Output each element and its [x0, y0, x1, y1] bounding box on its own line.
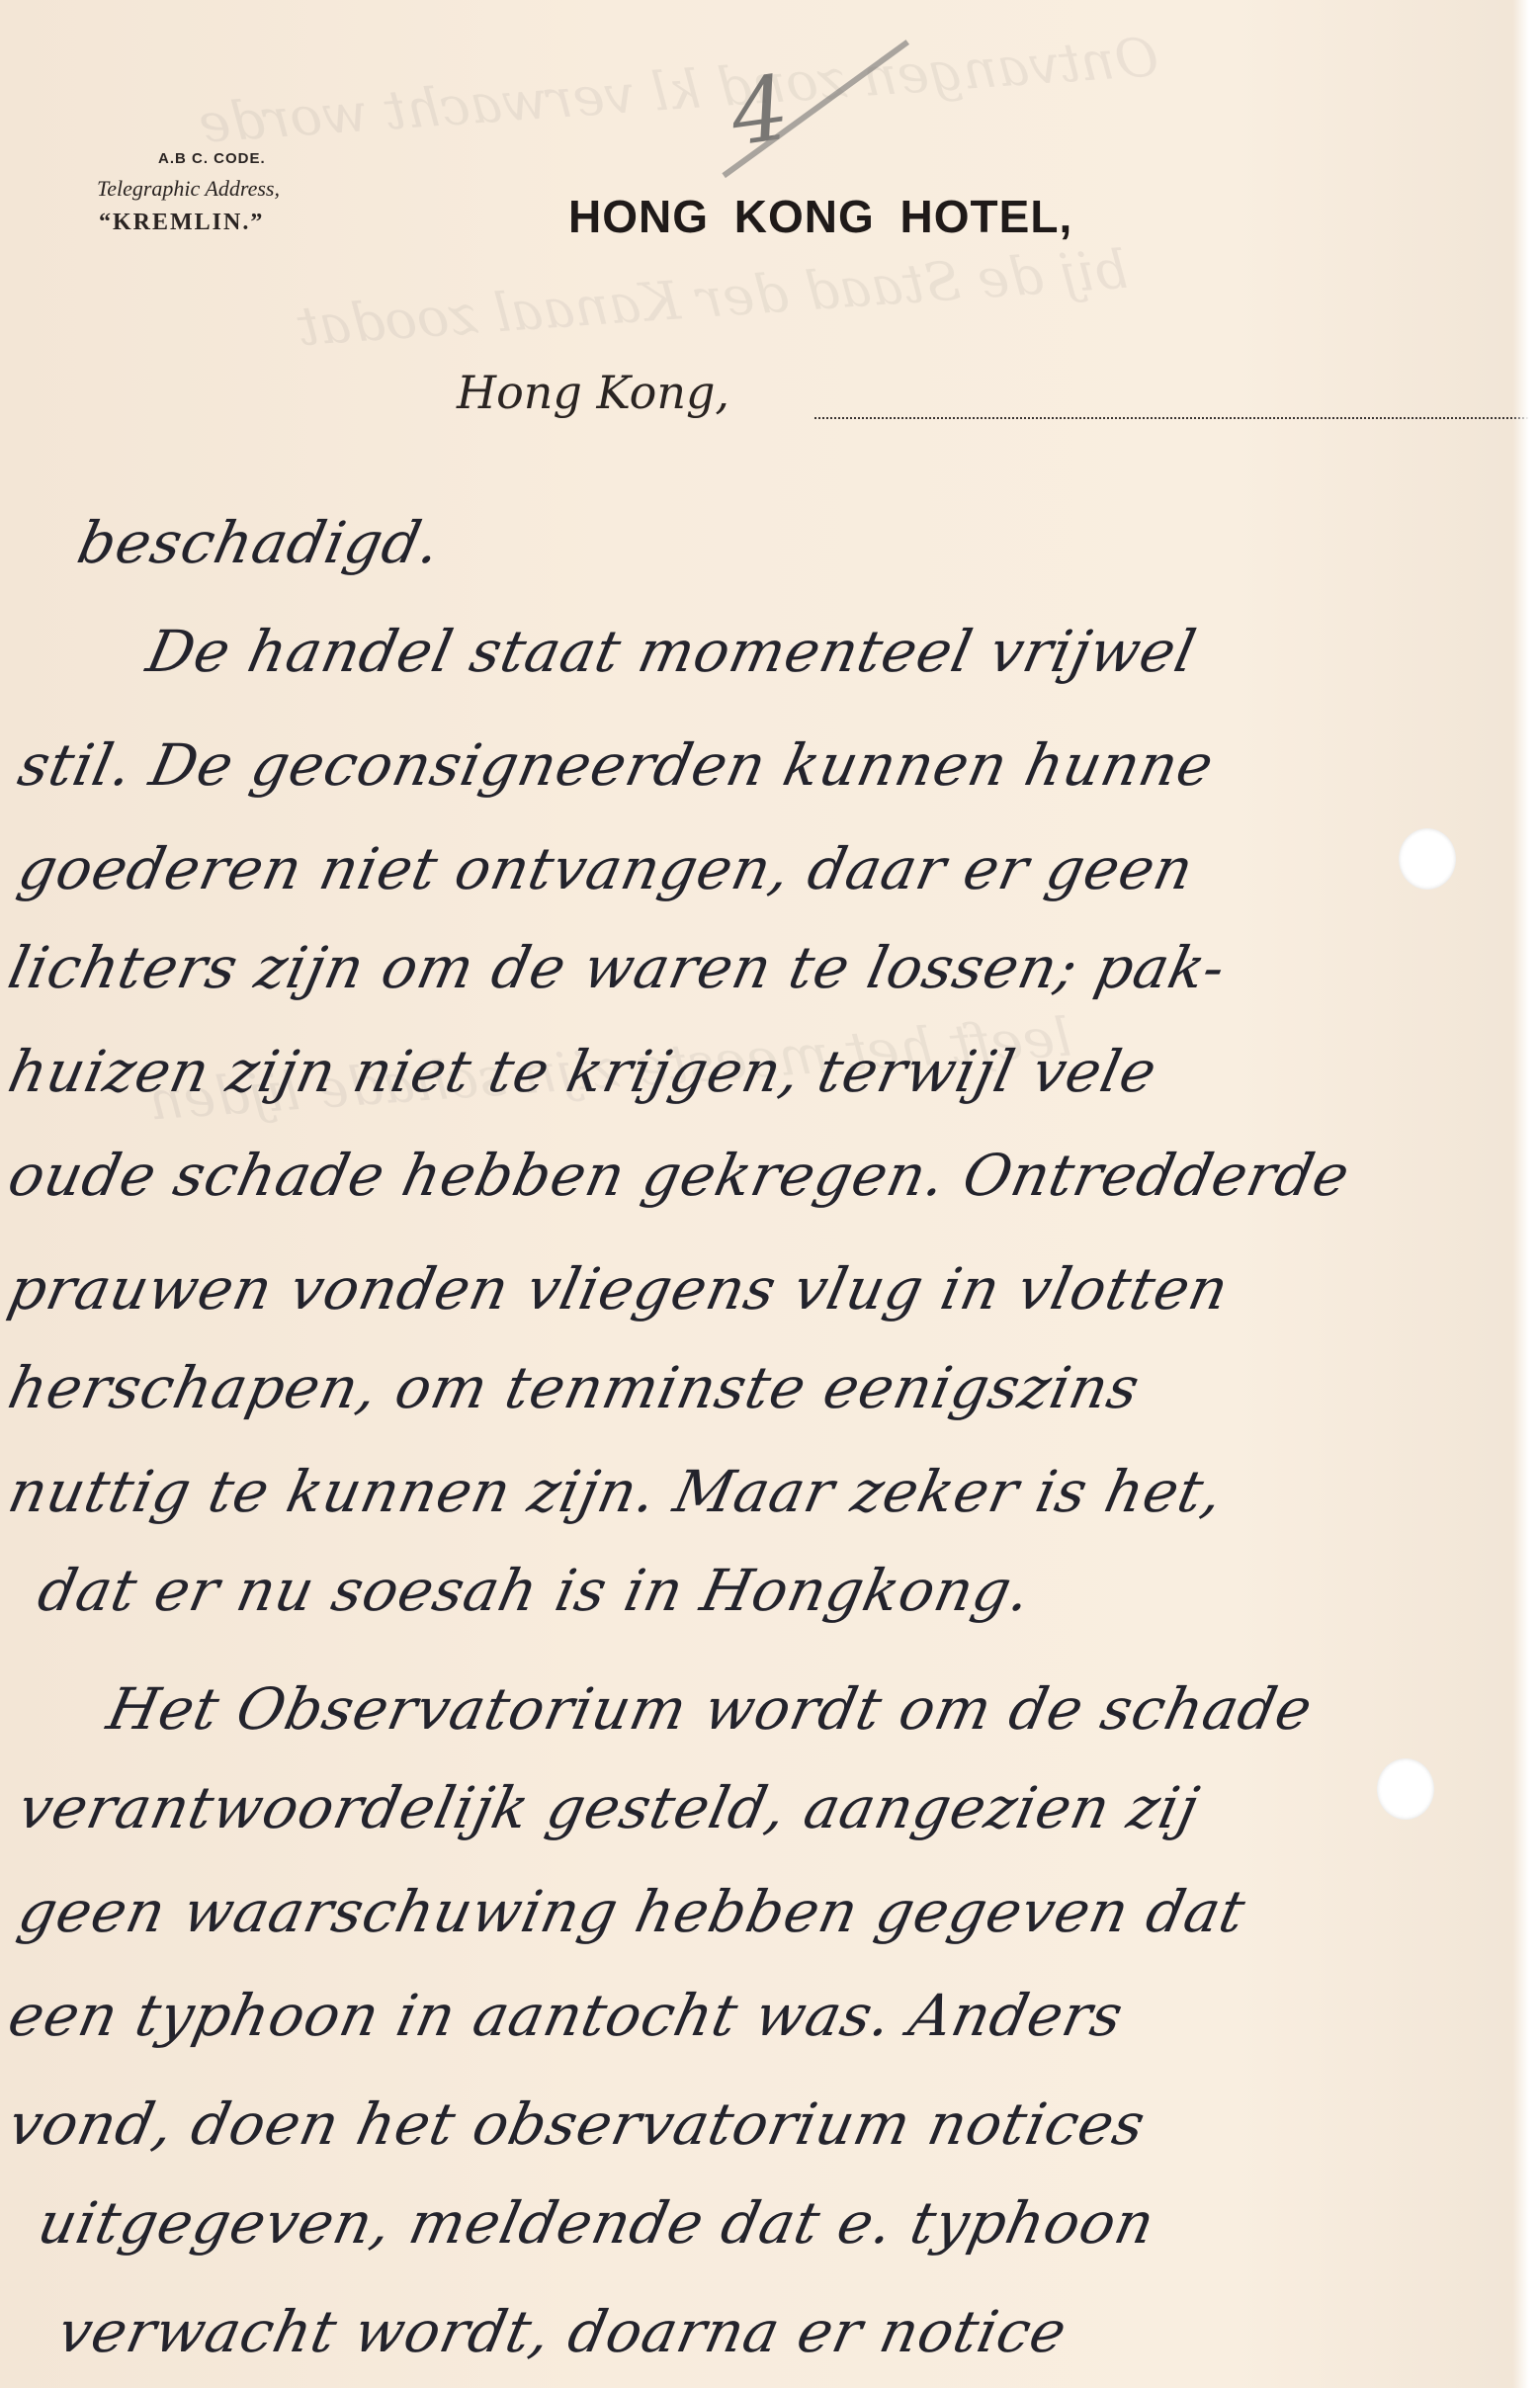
handwritten-line: verwacht wordt, doarna er notice — [53, 2303, 1072, 2360]
handwritten-line: verantwoordelijk gesteld, aangezien zij — [14, 1779, 1204, 1836]
dateline: Hong Kong, 190 — [457, 366, 1376, 435]
handwritten-line: lichters zijn om de waren te lossen; pak… — [4, 939, 1231, 996]
abc-code-line: A.B C. CODE. — [158, 150, 266, 167]
handwritten-line: oude schade hebben gekregen. Ontredderde — [4, 1147, 1355, 1204]
punch-hole — [1377, 1758, 1434, 1820]
paper-edge — [1512, 0, 1540, 2388]
handwritten-line: Het Observatorium wordt om de schade — [103, 1680, 1318, 1738]
telegraphic-address: “KREMLIN.” — [99, 210, 264, 236]
punch-hole — [1399, 828, 1456, 890]
telegraphic-address-label: Telegraphic Address, — [97, 176, 280, 202]
handwritten-line: goederen niet ontvangen, daar er geen — [14, 840, 1199, 897]
date-fill-line — [814, 417, 1540, 419]
handwritten-line: huizen zijn niet te krijgen, terwijl vel… — [4, 1043, 1162, 1100]
handwritten-line: uitgegeven, meldende dat e. typhoon — [34, 2194, 1160, 2252]
handwritten-line: nuttig te kunnen zijn. Maar zeker is het… — [4, 1463, 1229, 1520]
dateline-place: Hong Kong, — [457, 366, 729, 419]
handwritten-line: herschapen, om tenminste eenigszins — [4, 1359, 1145, 1416]
handwritten-line: dat er nu soesah is in Hongkong. — [34, 1562, 1037, 1619]
handwritten-line: stil. De geconsigneerden kunnen hunne — [14, 736, 1219, 794]
handwritten-line: prauwen vonden vliegens vlug in vlotten — [4, 1260, 1234, 1318]
handwritten-line: een typhoon in aantocht was. Anders — [4, 1987, 1129, 2044]
handwritten-line: De handel staat momenteel vrijwel — [142, 623, 1201, 680]
handwritten-line: geen waarschuwing hebben gegeven dat — [14, 1883, 1250, 1940]
handwritten-line: beschadigd. — [73, 514, 446, 571]
handwritten-line: vond, doen het observatorium notices — [4, 2095, 1151, 2153]
hotel-name-heading: HONG KONG HOTEL, — [568, 190, 1072, 243]
